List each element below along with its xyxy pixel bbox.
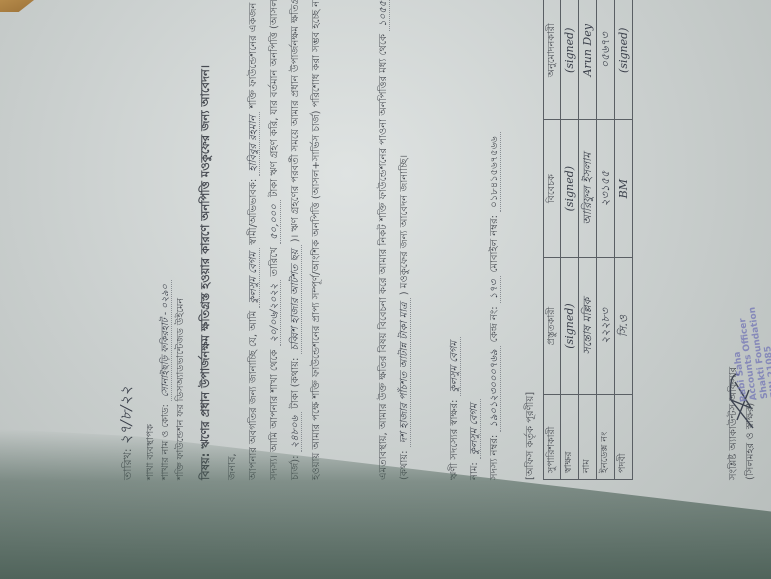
paragraph-1: আপনার অবগতির জন্য জানাচ্ছি যে, আমি কুলসু… xyxy=(243,0,327,480)
overdue-amount: ২৪৮০৬ xyxy=(290,412,302,452)
table-row: স্বাক্ষর (signed) (signed) (signed) xyxy=(561,0,579,480)
table-row: পদবী সি.ও BM (signed) xyxy=(615,0,633,480)
waiver-words: দশ হাজার পাঁচশত আটান্ন টাকা মাত্র xyxy=(399,298,411,447)
index-cell: ২৩১৫৫ xyxy=(597,120,615,257)
applicant-block: ঋণী সদস্যের স্বাক্ষর: কুলসুম বেগম নাম: ক… xyxy=(445,132,505,480)
name-cell: Arun Dey xyxy=(579,0,597,120)
waiver-amount: ১০৫৫৮/- xyxy=(378,0,390,31)
spouse-name: হাবিবুর রহমান xyxy=(248,112,260,176)
index-cell: ২২২৮৩ xyxy=(597,257,615,394)
header-cell: বিবেচক xyxy=(544,120,561,257)
borrower-name: কুলসুম বেগম xyxy=(248,248,260,308)
table-header-row: সুপারিশকারী প্রস্তুতকারী বিবেচক অনুমোদনক… xyxy=(544,0,561,480)
loan-date: ২০/০৬/২০২২ xyxy=(269,280,281,347)
applicant-ids-line: সদস্য নম্বর: ১৯০১২৩০০০৭৬৯ কেন্দ্র নং: ১৭… xyxy=(485,132,505,480)
mobile-number: ০১৮৪১৫৬৭৫৬৬ xyxy=(489,132,501,211)
designation-cell: সি.ও xyxy=(615,257,633,394)
overdue-words: চব্বিশ হাজার আটশত ছয় xyxy=(290,245,302,354)
applicant-name-line: নাম: কুলসুম বেগম xyxy=(465,132,485,480)
applicant-signature-line: ঋণী সদস্যের স্বাক্ষর: কুলসুম বেগম xyxy=(445,132,465,480)
table-row: ইনডেক্স নং ২২২৮৩ ২৩১৫৫ ০৫৬৭৩ xyxy=(597,0,615,480)
header-cell: অনুমোদনকারী xyxy=(544,0,561,120)
designation-cell: BM xyxy=(615,120,633,257)
verification-table: সুপারিশকারী প্রস্তুতকারী বিবেচক অনুমোদনক… xyxy=(543,0,633,480)
branch-name-code: সোনাইছড়ি ফকিরহাট - ০২৯০ xyxy=(160,280,172,401)
applicant-signature: কুলসুম বেগম xyxy=(449,337,461,397)
header-cell: প্রস্তুতকারী xyxy=(544,257,561,394)
application-form: তারিখ: ২৭/৮/২২ শাখা ব্যবস্থাপক শাখার নাম… xyxy=(115,0,771,520)
paragraph-2: এমতাবস্থায়, আমার উক্ত ক্ষতির বিষয় বিবে… xyxy=(373,0,415,480)
signature-cell: (signed) xyxy=(561,0,579,120)
loan-amount: ৫০,০০০ xyxy=(269,200,281,244)
header-cell: সুপারিশকারী xyxy=(544,395,561,480)
index-cell: ০৫৬৭৩ xyxy=(597,0,615,120)
subject-text: ঋণের প্রধান উপার্জনক্ষম ক্ষতিগ্রস্ত হওয়… xyxy=(198,65,212,449)
applicant-name: কুলসুম বেগম xyxy=(469,400,481,460)
office-use-label: [অফিস কর্তৃক পূরণীয়] xyxy=(523,392,539,480)
member-number: ১৯০১২৩০০০৭৬৯ xyxy=(489,346,501,432)
signature-cell: (signed) xyxy=(561,257,579,394)
name-cell: সন্তোষ মল্লিক xyxy=(579,257,597,394)
table-row: নাম সন্তোষ মল্লিক আরিফুল ইসলাম Arun Dey xyxy=(579,0,597,480)
name-cell: আরিফুল ইসলাম xyxy=(579,120,597,257)
signature-cell: (signed) xyxy=(561,120,579,257)
subject-line: বিষয়: ঋণের প্রধান উপার্জনক্ষম ক্ষতিগ্রস… xyxy=(197,65,215,480)
designation-cell: (signed) xyxy=(615,0,633,120)
center-number: ১৭৩ xyxy=(489,276,501,304)
